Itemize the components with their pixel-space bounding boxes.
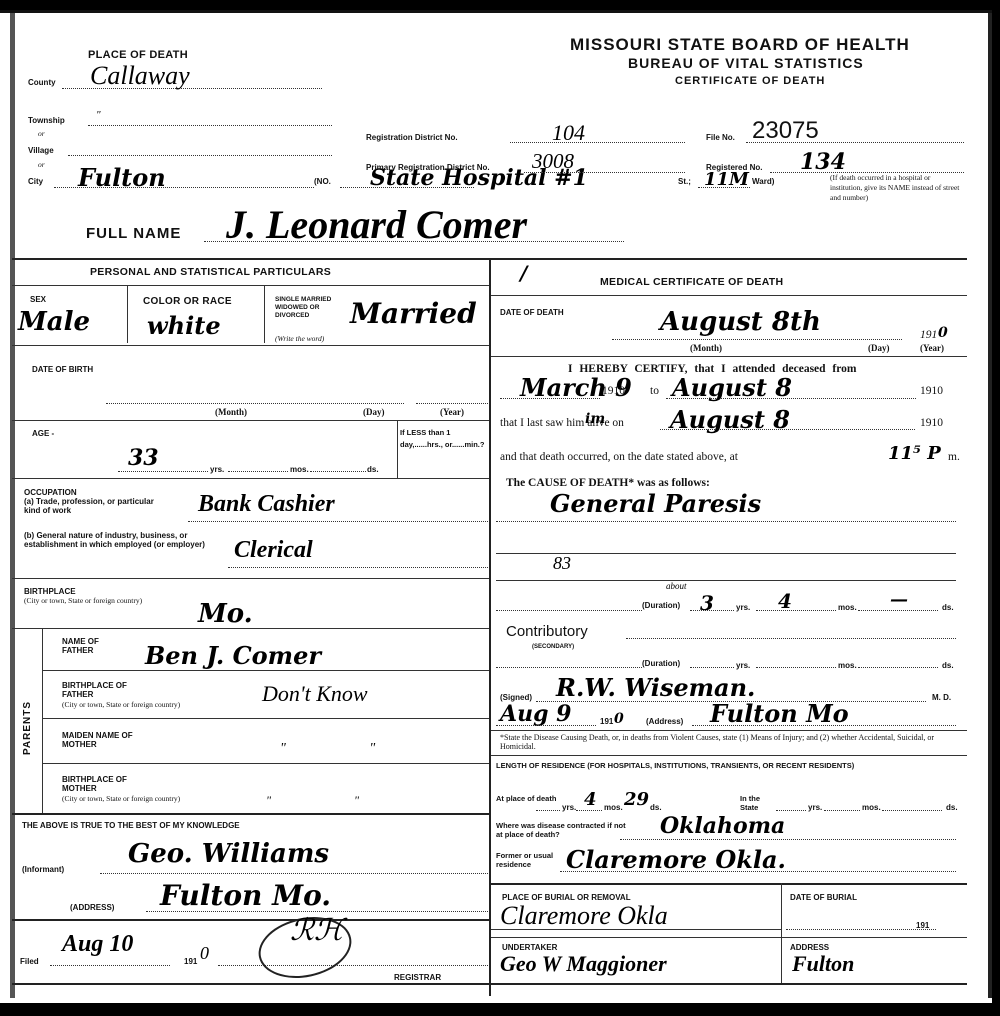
contracted-label: Where was disease contracted if not at p… (496, 821, 626, 839)
in-state-yrs-label: yrs. (808, 803, 822, 812)
physician-address-value: Fulton Mo (710, 699, 849, 728)
in-state-mos-label: mos. (862, 803, 881, 812)
last-saw-label: that I last saw him alive on (500, 417, 624, 429)
cause-code: 83 (553, 553, 571, 574)
dob-day-caption: (Day) (363, 407, 385, 417)
race-value: white (147, 311, 221, 340)
reg-district-label: Registration District No. (366, 133, 458, 142)
father-birthplace-label: BIRTHPLACE OF FATHER (62, 681, 142, 699)
father-name-value: Ben J. Comer (145, 641, 321, 670)
race-label: COLOR OR RACE (143, 296, 232, 307)
at-place-ds-value: 29 (624, 789, 649, 810)
county-value: Callaway (90, 61, 190, 91)
at-place-mos-value: 4 (584, 789, 597, 810)
time-suffix: m. (948, 451, 960, 463)
secondary-label: (SECONDARY) (532, 643, 574, 651)
death-certificate: MISSOURI STATE BOARD OF HEALTH BUREAU OF… (0, 10, 992, 1003)
date-of-death-label: DATE OF DEATH (500, 308, 564, 317)
in-state-ds-label: ds. (946, 803, 958, 812)
registered-no-value: 134 (800, 149, 846, 175)
signed-date-value: Aug 9 (500, 701, 571, 727)
file-no-value: 23075 (752, 117, 819, 145)
ward-label: Ward) (752, 177, 774, 186)
dob-label: DATE OF BIRTH (32, 365, 93, 374)
duration-yrs: 3 (700, 591, 714, 615)
father-birthplace-note: (City or town, State or foreign country) (62, 701, 262, 709)
mother-birthplace-label: BIRTHPLACE OF MOTHER (62, 775, 142, 793)
certificate-title: CERTIFICATE OF DEATH (675, 75, 825, 87)
signed-year-prefix: 191 (600, 717, 613, 726)
mos-label: mos. (290, 465, 309, 474)
place-of-death-heading: PLACE OF DEATH (88, 49, 188, 61)
filed-year-prefix: 191 (184, 957, 197, 966)
burial-year-prefix: 191 (916, 921, 929, 930)
contrib-yrs-label: yrs. (736, 661, 750, 670)
county-label: County (28, 78, 56, 87)
less-than-day: If LESS than 1 day,......hrs., or......m… (400, 427, 488, 451)
last-saw-value: August 8 (670, 405, 790, 434)
dob-year-caption: (Year) (440, 407, 464, 417)
ward-value: 11M (704, 169, 749, 190)
informant-address-label: (ADDRESS) (70, 903, 114, 912)
duration-about: about (666, 581, 687, 591)
birthplace-value: Mo. (198, 599, 253, 629)
undertaker-value: Geo W Maggioner (500, 951, 667, 977)
age-years-value: 33 (128, 445, 159, 471)
to-label: to (650, 385, 659, 397)
occupation-b-label: (b) General nature of industry, business… (24, 531, 229, 549)
township-value: " (96, 109, 101, 121)
dod-year-prefix: 191 (920, 329, 937, 341)
dob-month-caption: (Month) (215, 407, 247, 417)
at-place-yrs-label: yrs. (562, 803, 576, 812)
marital-value: Married (350, 297, 477, 330)
filed-date-value: Aug 10 (62, 931, 133, 958)
occupation-label: OCCUPATION (a) Trade, profession, or par… (24, 488, 154, 515)
occupation-a-label: (a) Trade, profession, or particular kin… (24, 497, 154, 515)
file-no-label: File No. (706, 133, 735, 142)
registrar-label: REGISTRAR (394, 973, 441, 982)
marital-note: (Write the word) (275, 335, 324, 343)
former-residence-label: Former or usual residence (496, 851, 556, 869)
parents-label: PARENTS (22, 701, 33, 755)
ds-label: ds. (367, 465, 379, 474)
yrs-label: yrs. (210, 465, 224, 474)
date-of-death-value: August 8th (660, 307, 821, 337)
duration-label: (Duration) (642, 601, 680, 610)
at-place-ds-label: ds. (650, 803, 662, 812)
sex-label: SEX (30, 295, 46, 304)
cause-value: General Paresis (550, 489, 761, 518)
occupation-a-value: Bank Cashier (198, 491, 335, 518)
contracted-value: Oklahoma (660, 813, 785, 839)
right-border (988, 13, 992, 998)
true-statement: THE ABOVE IS TRUE TO THE BEST OF MY KNOW… (22, 821, 240, 830)
father-name-label: NAME OF FATHER (62, 637, 122, 655)
attended-from-year: 1910 (602, 385, 625, 397)
cause-footnote: *State the Disease Causing Death, or, in… (500, 733, 962, 751)
duration-mos-label: mos. (838, 603, 857, 612)
mother-maiden-label: MAIDEN NAME OF MOTHER (62, 731, 142, 749)
sex-value: Male (18, 307, 90, 337)
filed-label: Filed (20, 957, 39, 966)
occupation-heading: OCCUPATION (24, 488, 154, 497)
cause-label: The CAUSE OF DEATH* was as follows: (506, 477, 710, 489)
duration-yrs-label: yrs. (736, 603, 750, 612)
reg-district-value: 104 (552, 120, 585, 146)
primary-reg-value: 3008 (532, 149, 574, 174)
duration-mos: 4 (778, 589, 792, 613)
street-no-label: (NO. (314, 177, 331, 186)
birthplace-label: BIRTHPLACE (24, 587, 76, 596)
city-value: Fulton (78, 163, 166, 192)
in-state-label: In the State (740, 794, 770, 812)
personal-heading: PERSONAL AND STATISTICAL PARTICULARS (90, 266, 331, 278)
or-text: or (38, 161, 45, 169)
at-place-label: At place of death (496, 794, 566, 803)
village-label: Village (28, 146, 54, 155)
medical-marker: / (520, 261, 527, 285)
city-label: City (28, 177, 43, 186)
informant-label: (Informant) (22, 865, 64, 874)
burial-date-label: DATE OF BURIAL (790, 893, 857, 902)
left-border (10, 13, 15, 998)
duration-ds: — (890, 589, 908, 610)
duration-ds-label: ds. (942, 603, 954, 612)
signed-year-value: 0 (614, 711, 624, 727)
birthplace-note: (City or town, State or foreign country) (24, 597, 164, 605)
at-place-mos-label: mos. (604, 803, 623, 812)
bureau-title: BUREAU OF VITAL STATISTICS (628, 55, 864, 71)
registered-no-label: Registered No. (706, 163, 762, 172)
informant-address-value: Fulton Mo. (160, 879, 331, 912)
attended-to-value: August 8 (672, 373, 792, 402)
physician-address-label: (Address) (646, 717, 683, 726)
contributory-label: Contributory (506, 623, 588, 640)
age-label: AGE - (32, 429, 54, 438)
board-title: MISSOURI STATE BOARD OF HEALTH (570, 35, 910, 55)
md-label: M. D. (932, 693, 951, 702)
dod-month-caption: (Month) (690, 343, 722, 353)
attended-to-year: 1910 (920, 385, 943, 397)
occurred-text: and that death occurred, on the date sta… (500, 451, 738, 463)
dod-day-caption: (Day) (868, 343, 890, 353)
contributory-duration-label: (Duration) (642, 659, 680, 668)
full-name-label: FULL NAME (86, 225, 181, 242)
time-value: 11⁵ P (888, 443, 941, 464)
father-birthplace-value: Don't Know (262, 681, 368, 707)
or-text: or (38, 130, 45, 138)
residence-heading: LENGTH OF RESIDENCE (FOR HOSPITALS, INST… (496, 761, 964, 770)
last-saw-pronoun: im (585, 411, 605, 427)
dod-year-value: 0 (938, 325, 948, 341)
township-label: Township (28, 116, 65, 125)
last-saw-year: 1910 (920, 417, 943, 429)
medical-heading: MEDICAL CERTIFICATE OF DEATH (600, 276, 783, 288)
st-label: St.; (678, 177, 691, 186)
mother-birthplace-note: (City or town, State or foreign country) (62, 795, 262, 803)
marital-options: SINGLE MARRIED WIDOWED OR DIVORCED (275, 296, 355, 320)
occupation-b-value: Clerical (234, 537, 313, 564)
dod-year-caption: (Year) (920, 343, 944, 353)
undertaker-address-value: Fulton (792, 951, 854, 977)
removal-value: Claremore Okla (500, 901, 668, 931)
filed-year-value: 0 (200, 943, 209, 964)
mother-birthplace-value: " " (266, 793, 399, 808)
informant-value: Geo. Williams (128, 839, 329, 869)
contrib-ds-label: ds. (942, 661, 954, 670)
registrar-signature-mark: ℛℋ (290, 913, 344, 948)
contrib-mos-label: mos. (838, 661, 857, 670)
hospital-note: (If death occurred in a hospital or inst… (830, 173, 960, 203)
full-name-value: J. Leonard Comer (226, 201, 527, 248)
primary-reg-label: Primary Registration District No. (366, 163, 490, 172)
mother-maiden-value: " " (280, 741, 415, 757)
physician-signature: R.W. Wiseman. (556, 673, 755, 702)
former-residence-value: Claremore Okla. (566, 845, 786, 874)
